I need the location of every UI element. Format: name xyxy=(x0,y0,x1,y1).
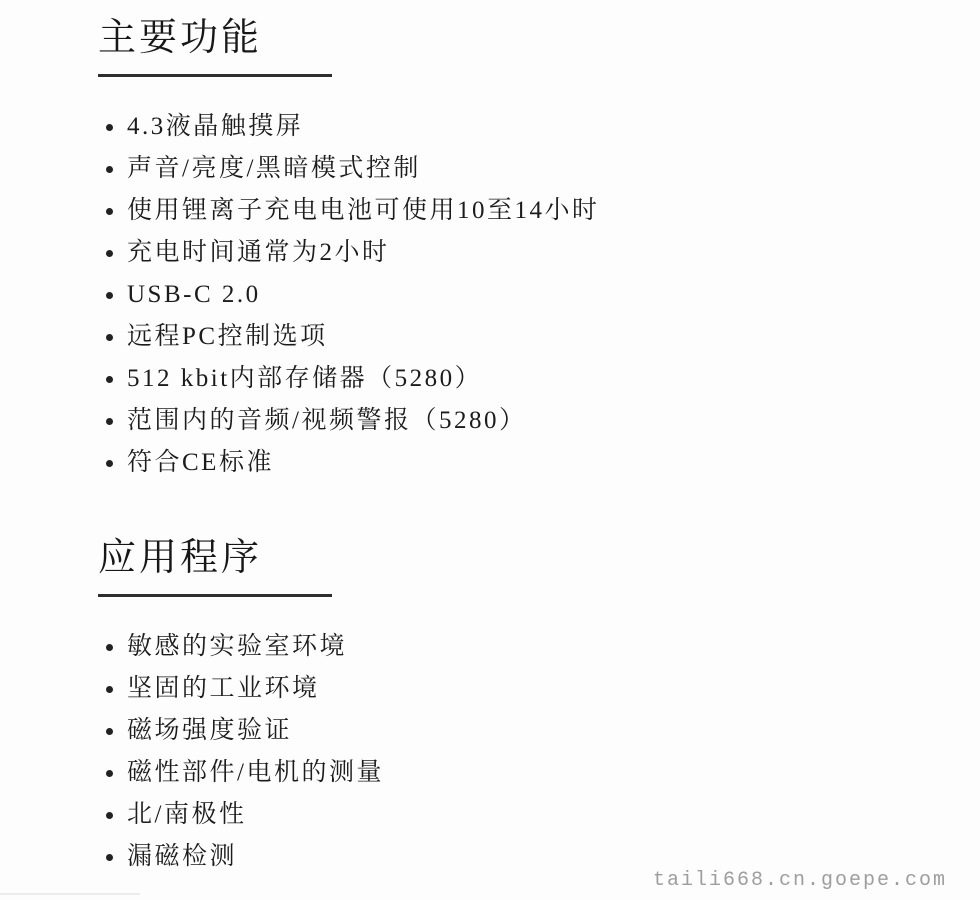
title-underline xyxy=(98,594,332,597)
bullet-icon xyxy=(106,292,113,299)
list-item-text: 512 kbit内部存储器（5280） xyxy=(127,365,482,392)
title-underline xyxy=(98,74,332,77)
bullet-icon xyxy=(106,644,113,651)
bullet-icon xyxy=(106,812,113,819)
list-item: 4.3液晶触摸屏 xyxy=(98,106,940,148)
main-features-list: 4.3液晶触摸屏 声音/亮度/黑暗模式控制 使用锂离子充电电池可使用10至14小… xyxy=(98,106,940,484)
section-main-features: 主要功能 4.3液晶触摸屏 声音/亮度/黑暗模式控制 使用锂离子充电电池可使用1… xyxy=(98,0,940,484)
bullet-icon xyxy=(106,250,113,257)
page-content: 主要功能 4.3液晶触摸屏 声音/亮度/黑暗模式控制 使用锂离子充电电池可使用1… xyxy=(0,0,980,878)
list-item-text: 磁性部件/电机的测量 xyxy=(127,759,384,786)
bullet-icon xyxy=(106,686,113,693)
applications-list: 敏感的实验室环境 坚固的工业环境 磁场强度验证 磁性部件/电机的测量 北/南极性 xyxy=(98,626,940,878)
section-title-applications: 应用程序 xyxy=(98,484,940,580)
bullet-icon xyxy=(106,166,113,173)
list-item-text: 磁场强度验证 xyxy=(127,717,292,744)
list-item-text: 漏磁检测 xyxy=(127,843,237,870)
bullet-icon xyxy=(106,208,113,215)
list-item-text: 敏感的实验室环境 xyxy=(127,633,347,660)
list-item: 符合CE标准 xyxy=(98,442,940,484)
list-item: 坚固的工业环境 xyxy=(98,668,940,710)
list-item: 使用锂离子充电电池可使用10至14小时 xyxy=(98,190,940,232)
list-item-text: 4.3液晶触摸屏 xyxy=(127,113,303,140)
bullet-icon xyxy=(106,418,113,425)
list-item: 磁性部件/电机的测量 xyxy=(98,752,940,794)
list-item: 北/南极性 xyxy=(98,794,940,836)
list-item-text: 坚固的工业环境 xyxy=(127,675,320,702)
bullet-icon xyxy=(106,854,113,861)
document-page: 主要功能 4.3液晶触摸屏 声音/亮度/黑暗模式控制 使用锂离子充电电池可使用1… xyxy=(0,0,980,900)
section-title-main-features: 主要功能 xyxy=(98,0,940,60)
list-item: 范围内的音频/视频警报（5280） xyxy=(98,400,940,442)
list-item-text: 声音/亮度/黑暗模式控制 xyxy=(127,155,421,182)
list-item-text: 符合CE标准 xyxy=(127,449,274,476)
bullet-icon xyxy=(106,460,113,467)
list-item-text: 北/南极性 xyxy=(127,801,246,828)
bullet-icon xyxy=(106,376,113,383)
list-item: 磁场强度验证 xyxy=(98,710,940,752)
list-item: 充电时间通常为2小时 xyxy=(98,232,940,274)
bullet-icon xyxy=(106,770,113,777)
list-item-text: 使用锂离子充电电池可使用10至14小时 xyxy=(127,197,600,224)
bullet-icon xyxy=(106,334,113,341)
list-item-text: 充电时间通常为2小时 xyxy=(127,239,390,266)
list-item: 声音/亮度/黑暗模式控制 xyxy=(98,148,940,190)
list-item: USB-C 2.0 xyxy=(98,274,940,316)
watermark-text: taili668.cn.goepe.com xyxy=(653,869,947,892)
list-item: 512 kbit内部存储器（5280） xyxy=(98,358,940,400)
list-item-text: 远程PC控制选项 xyxy=(127,323,328,350)
bullet-icon xyxy=(106,124,113,131)
list-item: 远程PC控制选项 xyxy=(98,316,940,358)
section-applications: 应用程序 敏感的实验室环境 坚固的工业环境 磁场强度验证 磁性部件/电机的测量 xyxy=(98,484,940,878)
list-item-text: USB-C 2.0 xyxy=(127,281,261,308)
list-item-text: 范围内的音频/视频警报（5280） xyxy=(127,407,526,434)
list-item: 敏感的实验室环境 xyxy=(98,626,940,668)
bullet-icon xyxy=(106,728,113,735)
scan-artifact-line xyxy=(0,893,140,895)
